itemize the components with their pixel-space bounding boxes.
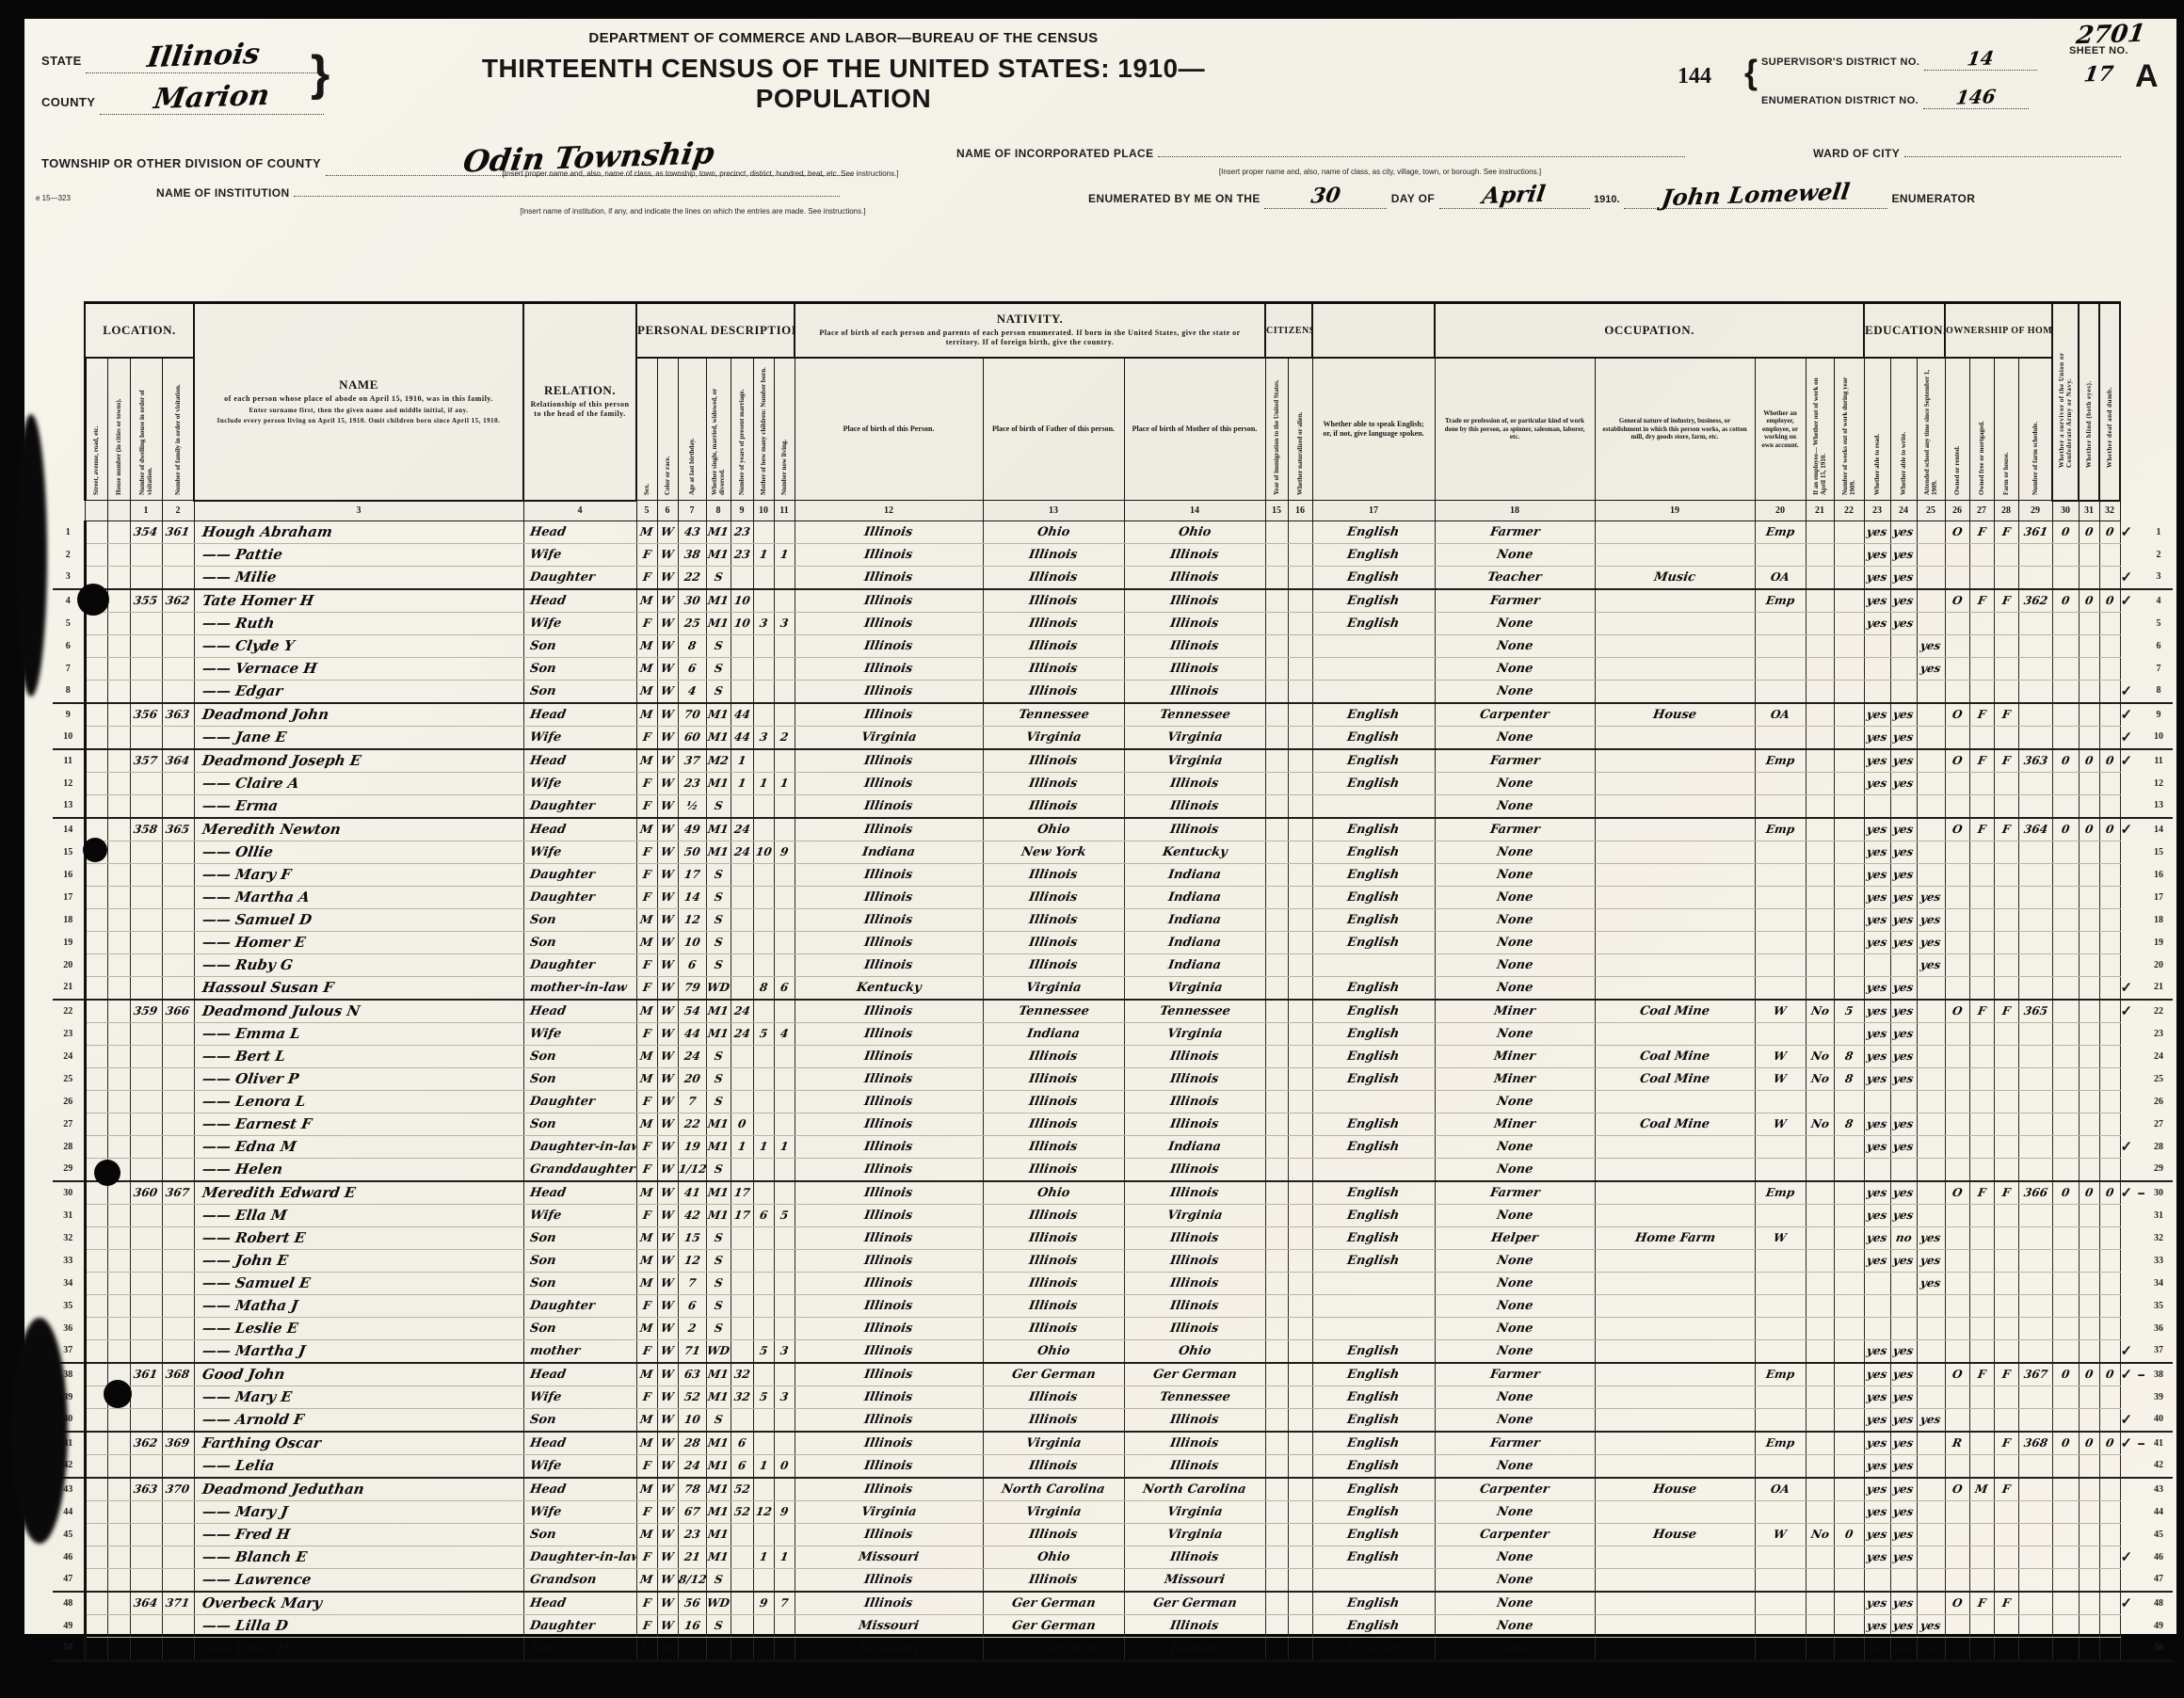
cell-own bbox=[1945, 794, 1969, 818]
ward-label: Ward of city bbox=[1813, 147, 1900, 160]
line-number: 32 bbox=[53, 1226, 85, 1249]
cell-imm bbox=[1265, 521, 1288, 543]
cell-cb: 5 bbox=[753, 1022, 774, 1045]
enumerated-year: 1910. bbox=[1594, 194, 1620, 205]
cell-sur bbox=[2052, 566, 2079, 589]
cell-imm bbox=[1265, 1592, 1288, 1615]
cell-dw bbox=[130, 1135, 162, 1158]
cell-fm bbox=[1969, 1294, 1994, 1317]
cell-yrs bbox=[731, 1568, 753, 1592]
cell-fam bbox=[162, 953, 194, 976]
cell-fam bbox=[162, 1339, 194, 1363]
cell-race: W bbox=[657, 818, 678, 841]
cell-imm bbox=[1265, 1294, 1288, 1317]
cell-sch bbox=[1917, 1090, 1945, 1113]
cell-wr: yes bbox=[1890, 1067, 1917, 1090]
cell-fm bbox=[1969, 772, 1994, 794]
cell-pf: Ohio bbox=[983, 1546, 1124, 1568]
cell-dw bbox=[130, 1022, 162, 1045]
cell-sex: F bbox=[636, 1135, 657, 1158]
cell-bl bbox=[2079, 1135, 2099, 1158]
line-number-right: 25 bbox=[2144, 1067, 2173, 1090]
cell-ind bbox=[1595, 841, 1755, 863]
cell-pf: Illinois bbox=[983, 1158, 1124, 1181]
cell-cl bbox=[774, 566, 795, 589]
cell-rel: Son bbox=[523, 931, 636, 953]
cell-age: 12 bbox=[678, 1637, 706, 1660]
cell-wk bbox=[1834, 1317, 1864, 1339]
cell-df: 0 bbox=[2099, 1432, 2120, 1455]
cell-eng: English bbox=[1312, 863, 1435, 886]
cell-wr: yes bbox=[1890, 566, 1917, 589]
cell-eng bbox=[1312, 1158, 1435, 1181]
cell-wk bbox=[1834, 1272, 1864, 1294]
cell-sex: M bbox=[636, 1113, 657, 1135]
cell-wr: yes bbox=[1890, 908, 1917, 931]
cell-rd bbox=[1864, 794, 1890, 818]
cell-age: 23 bbox=[678, 1523, 706, 1546]
cell-imm bbox=[1265, 1454, 1288, 1478]
cell-cb bbox=[753, 1363, 774, 1386]
cell-trade: None bbox=[1435, 1568, 1595, 1592]
cell-mg bbox=[2120, 1294, 2144, 1317]
cell-ow bbox=[1806, 1592, 1834, 1615]
table-body: 1354361Hough AbrahamHeadMW43M123Illinois… bbox=[53, 521, 2173, 1660]
cell-fh bbox=[1994, 1317, 2018, 1339]
cell-df bbox=[2099, 1226, 2120, 1249]
cell-pm: Illinois bbox=[1124, 657, 1265, 680]
cell-wr bbox=[1890, 680, 1917, 703]
cell-trade: None bbox=[1435, 1317, 1595, 1339]
cell-name: —— Earnest F bbox=[194, 1113, 523, 1135]
cell-mar: S bbox=[706, 1226, 731, 1249]
cell-sur bbox=[2052, 794, 2079, 818]
cell-rel: Wife bbox=[523, 772, 636, 794]
cell-cb bbox=[753, 818, 774, 841]
cell-trade: None bbox=[1435, 1592, 1595, 1615]
cell-cb: 8 bbox=[753, 976, 774, 1000]
cell-fm: F bbox=[1969, 1592, 1994, 1615]
cell-pf: Virginia bbox=[983, 726, 1124, 749]
cell-age: 17 bbox=[678, 863, 706, 886]
cell-race: W bbox=[657, 1113, 678, 1135]
table-row: 43363370Deadmond JeduthanHeadMW78M152Ill… bbox=[53, 1478, 2173, 1501]
cell-sch bbox=[1917, 1500, 1945, 1523]
cell-race: W bbox=[657, 976, 678, 1000]
cell-cb bbox=[753, 680, 774, 703]
cell-rd: yes bbox=[1864, 1454, 1890, 1478]
cell-sch bbox=[1917, 612, 1945, 634]
cell-sur bbox=[2052, 1408, 2079, 1432]
cell-rel: Head bbox=[523, 1000, 636, 1023]
cell-wr bbox=[1890, 657, 1917, 680]
cell-pf: Illinois bbox=[983, 908, 1124, 931]
cell-wk bbox=[1834, 976, 1864, 1000]
cell-own: O bbox=[1945, 1592, 1969, 1615]
cell-sch bbox=[1917, 1454, 1945, 1478]
cell-trade: None bbox=[1435, 1272, 1595, 1294]
cell-fam bbox=[162, 794, 194, 818]
cell-cb bbox=[753, 886, 774, 908]
cell-sur bbox=[2052, 1637, 2079, 1660]
cell-pb: Illinois bbox=[795, 908, 983, 931]
cell-trade: None bbox=[1435, 1408, 1595, 1432]
cell-own bbox=[1945, 1386, 1969, 1408]
cell-fno bbox=[2018, 1317, 2052, 1339]
cell-fh: F bbox=[1994, 1478, 2018, 1501]
cell-eng: English bbox=[1312, 1478, 1435, 1501]
cell-rel: Son bbox=[523, 1113, 636, 1135]
cell-wk bbox=[1834, 612, 1864, 634]
cell-name: —— Oliver P bbox=[194, 1067, 523, 1090]
cell-imm bbox=[1265, 657, 1288, 680]
cell-fm bbox=[1969, 863, 1994, 886]
cell-rd: yes bbox=[1864, 1614, 1890, 1637]
column-number: 16 bbox=[1288, 501, 1312, 521]
census-table: LOCATION. NAME of each person whose plac… bbox=[53, 301, 2173, 1662]
line-number: 28 bbox=[53, 1135, 85, 1158]
cell-street bbox=[85, 521, 107, 543]
line-number-right: 42 bbox=[2144, 1454, 2173, 1478]
cell-fam bbox=[162, 863, 194, 886]
cell-fh bbox=[1994, 1204, 2018, 1226]
cell-rd: yes bbox=[1864, 931, 1890, 953]
cell-pb: Indiana bbox=[795, 841, 983, 863]
cell-house bbox=[107, 1045, 130, 1067]
cell-pm: Virginia bbox=[1124, 726, 1265, 749]
cell-imm bbox=[1265, 953, 1288, 976]
cell-dw: 355 bbox=[130, 589, 162, 613]
cell-fno bbox=[2018, 1386, 2052, 1408]
cell-cl: 1 bbox=[774, 543, 795, 566]
cell-pf: Illinois bbox=[983, 1045, 1124, 1067]
cell-sex: M bbox=[636, 1249, 657, 1272]
cell-house bbox=[107, 1067, 130, 1090]
cell-pf: Ohio bbox=[983, 1181, 1124, 1205]
col-family-number: Number of family in order of visitation. bbox=[162, 358, 194, 501]
cell-fam bbox=[162, 908, 194, 931]
cell-rel: mother bbox=[523, 1339, 636, 1363]
cell-pm: Illinois bbox=[1124, 612, 1265, 634]
cell-fm bbox=[1969, 1204, 1994, 1226]
line-number-right: 24 bbox=[2144, 1045, 2173, 1067]
cell-dw bbox=[130, 1637, 162, 1660]
cell-fh bbox=[1994, 1568, 2018, 1592]
column-number: 21 bbox=[1806, 501, 1834, 521]
cell-bl: 0 bbox=[2079, 521, 2099, 543]
cell-dw bbox=[130, 1045, 162, 1067]
cell-ow bbox=[1806, 657, 1834, 680]
cell-sex: M bbox=[636, 634, 657, 657]
col-write: Whether able to write. bbox=[1890, 358, 1917, 501]
punch-hole bbox=[104, 1380, 132, 1408]
cell-cl: 7 bbox=[774, 1592, 795, 1615]
cell-dw bbox=[130, 1204, 162, 1226]
cell-cb bbox=[753, 1408, 774, 1432]
cell-fm: F bbox=[1969, 749, 1994, 773]
cell-cl bbox=[774, 794, 795, 818]
cell-eng: English bbox=[1312, 1500, 1435, 1523]
cell-bl: 0 bbox=[2079, 1181, 2099, 1205]
cell-ind bbox=[1595, 1637, 1755, 1660]
cell-house bbox=[107, 521, 130, 543]
cell-emp: Emp bbox=[1755, 749, 1806, 773]
page-title: THIRTEENTH CENSUS OF THE UNITED STATES: … bbox=[420, 54, 1267, 114]
cell-rd: yes bbox=[1864, 1067, 1890, 1090]
cell-nat bbox=[1288, 1478, 1312, 1501]
cell-emp bbox=[1755, 931, 1806, 953]
cell-pf: Illinois bbox=[983, 794, 1124, 818]
cell-rd: yes bbox=[1864, 1022, 1890, 1045]
column-number: 20 bbox=[1755, 501, 1806, 521]
cell-fm: F bbox=[1969, 589, 1994, 613]
cell-nat bbox=[1288, 953, 1312, 976]
cell-wr: yes bbox=[1890, 931, 1917, 953]
cell-df bbox=[2099, 1454, 2120, 1478]
cell-dw bbox=[130, 543, 162, 566]
cell-wk bbox=[1834, 1432, 1864, 1455]
cell-trade: Miner bbox=[1435, 1067, 1595, 1090]
cell-house bbox=[107, 1000, 130, 1023]
cell-fno bbox=[2018, 612, 2052, 634]
cell-sex: M bbox=[636, 1637, 657, 1660]
cell-house bbox=[107, 543, 130, 566]
enumeration-district-value: 146 bbox=[1954, 85, 1997, 108]
cell-trade: Farmer bbox=[1435, 818, 1595, 841]
cell-pf: Illinois bbox=[983, 749, 1124, 773]
cell-pf: Illinois bbox=[983, 1090, 1124, 1113]
cell-bl bbox=[2079, 566, 2099, 589]
cell-fno bbox=[2018, 908, 2052, 931]
cell-mar: S bbox=[706, 680, 731, 703]
cell-age: 8/12 bbox=[678, 1568, 706, 1592]
cell-pb: Missouri bbox=[795, 1614, 983, 1637]
cell-trade: Farmer bbox=[1435, 1181, 1595, 1205]
cell-fno bbox=[2018, 1500, 2052, 1523]
cell-dw bbox=[130, 1226, 162, 1249]
cell-pf: Illinois bbox=[983, 657, 1124, 680]
cell-bl bbox=[2079, 1272, 2099, 1294]
cell-fm: M bbox=[1969, 1478, 1994, 1501]
cell-wr: yes bbox=[1890, 886, 1917, 908]
cell-sex: M bbox=[636, 1000, 657, 1023]
cell-ow bbox=[1806, 818, 1834, 841]
cell-sex: F bbox=[636, 1614, 657, 1637]
cell-name: Meredith Newton bbox=[194, 818, 523, 841]
column-number: 31 bbox=[2079, 501, 2099, 521]
cell-fno bbox=[2018, 1204, 2052, 1226]
cell-cl bbox=[774, 1363, 795, 1386]
cell-fam bbox=[162, 1067, 194, 1090]
cell-ind bbox=[1595, 521, 1755, 543]
cell-imm bbox=[1265, 1022, 1288, 1045]
cell-rd bbox=[1864, 953, 1890, 976]
group-relation: RELATION. Relationship of this person to… bbox=[523, 303, 636, 501]
column-number: 30 bbox=[2052, 501, 2079, 521]
cell-fam bbox=[162, 657, 194, 680]
cell-sur bbox=[2052, 1249, 2079, 1272]
cell-mg bbox=[2120, 634, 2144, 657]
cell-sex: F bbox=[636, 566, 657, 589]
cell-fm bbox=[1969, 908, 1994, 931]
cell-race: W bbox=[657, 1000, 678, 1023]
cell-cl bbox=[774, 1637, 795, 1660]
cell-race: W bbox=[657, 1090, 678, 1113]
cell-trade: Teacher bbox=[1435, 566, 1595, 589]
cell-pf: Illinois bbox=[983, 1317, 1124, 1339]
cell-pm: Illinois bbox=[1124, 566, 1265, 589]
cell-ow bbox=[1806, 1454, 1834, 1478]
cell-wk: 5 bbox=[1834, 1000, 1864, 1023]
cell-mar: S bbox=[706, 1317, 731, 1339]
cell-eng: English bbox=[1312, 1135, 1435, 1158]
cell-pm: Virginia bbox=[1124, 1500, 1265, 1523]
cell-fm bbox=[1969, 1454, 1994, 1478]
cell-trade: None bbox=[1435, 863, 1595, 886]
cell-ind bbox=[1595, 657, 1755, 680]
cell-own bbox=[1945, 1022, 1969, 1045]
line-number: 7 bbox=[53, 657, 85, 680]
line-number: 14 bbox=[53, 818, 85, 841]
cell-imm bbox=[1265, 1158, 1288, 1181]
cell-trade: None bbox=[1435, 1135, 1595, 1158]
cell-rd bbox=[1864, 680, 1890, 703]
cell-fno bbox=[2018, 634, 2052, 657]
cell-sur bbox=[2052, 1158, 2079, 1181]
cell-trade: None bbox=[1435, 657, 1595, 680]
cell-wr: yes bbox=[1890, 1181, 1917, 1205]
cell-pm: Illinois bbox=[1124, 1272, 1265, 1294]
cell-fh bbox=[1994, 1454, 2018, 1478]
cell-fam bbox=[162, 772, 194, 794]
cell-mar: M1 bbox=[706, 1181, 731, 1205]
cell-rel: Son bbox=[523, 908, 636, 931]
cell-cl bbox=[774, 1000, 795, 1023]
cell-fno bbox=[2018, 953, 2052, 976]
cell-mar: S bbox=[706, 657, 731, 680]
line-number-right: 15 bbox=[2144, 841, 2173, 863]
cell-sch: yes bbox=[1917, 1249, 1945, 1272]
cell-pm: Illinois bbox=[1124, 1113, 1265, 1135]
cell-trade: None bbox=[1435, 931, 1595, 953]
cell-wk bbox=[1834, 1637, 1864, 1660]
cell-pf: Illinois bbox=[983, 589, 1124, 613]
cell-ow bbox=[1806, 931, 1834, 953]
cell-cl bbox=[774, 1090, 795, 1113]
cell-trade: None bbox=[1435, 1500, 1595, 1523]
cell-age: 4 bbox=[678, 680, 706, 703]
cell-pm: Illinois bbox=[1124, 1637, 1265, 1660]
col-street: Street, avenue, road, etc. bbox=[85, 358, 107, 501]
line-number-right: 3 bbox=[2144, 566, 2173, 589]
cell-fam bbox=[162, 1568, 194, 1592]
cell-emp: W bbox=[1755, 1113, 1806, 1135]
cell-fno: 361 bbox=[2018, 521, 2052, 543]
cell-nat bbox=[1288, 1614, 1312, 1637]
cell-yrs bbox=[731, 1067, 753, 1090]
cell-rel: Head bbox=[523, 1592, 636, 1615]
cell-own: O bbox=[1945, 1181, 1969, 1205]
cell-dw bbox=[130, 634, 162, 657]
cell-bl bbox=[2079, 634, 2099, 657]
cell-race: W bbox=[657, 521, 678, 543]
col-read: Whether able to read. bbox=[1864, 358, 1890, 501]
cell-cb bbox=[753, 1523, 774, 1546]
cell-fam bbox=[162, 1022, 194, 1045]
table-row: 37—— Martha JmotherFW71WD53IllinoisOhioO… bbox=[53, 1339, 2173, 1363]
cell-mg: ✓ bbox=[2120, 680, 2144, 703]
line-number-right: 32 bbox=[2144, 1226, 2173, 1249]
cell-cb bbox=[753, 1000, 774, 1023]
cell-fh bbox=[1994, 1523, 2018, 1546]
cell-house bbox=[107, 657, 130, 680]
cell-ind bbox=[1595, 726, 1755, 749]
cell-pf: Illinois bbox=[983, 1386, 1124, 1408]
cell-ind bbox=[1595, 931, 1755, 953]
cell-eng: English bbox=[1312, 1204, 1435, 1226]
ward-field: Ward of city bbox=[1813, 145, 2121, 162]
cell-pf: Illinois bbox=[983, 543, 1124, 566]
line-number-right: 44 bbox=[2144, 1500, 2173, 1523]
cell-dw: 364 bbox=[130, 1592, 162, 1615]
cell-nat bbox=[1288, 612, 1312, 634]
cell-wr: yes bbox=[1890, 772, 1917, 794]
cell-nat bbox=[1288, 818, 1312, 841]
cell-street bbox=[85, 726, 107, 749]
cell-imm bbox=[1265, 589, 1288, 613]
cell-df bbox=[2099, 953, 2120, 976]
cell-fm: F bbox=[1969, 1363, 1994, 1386]
line-number: 24 bbox=[53, 1045, 85, 1067]
cell-rd: yes bbox=[1864, 1363, 1890, 1386]
cell-mar: S bbox=[706, 863, 731, 886]
cell-emp: Emp bbox=[1755, 589, 1806, 613]
cell-pm: Indiana bbox=[1124, 908, 1265, 931]
cell-nat bbox=[1288, 908, 1312, 931]
cell-fm bbox=[1969, 1339, 1994, 1363]
cell-fm bbox=[1969, 1546, 1994, 1568]
cell-race: W bbox=[657, 1317, 678, 1339]
cell-race: W bbox=[657, 566, 678, 589]
cell-ind bbox=[1595, 908, 1755, 931]
cell-own bbox=[1945, 1500, 1969, 1523]
line-number-right: 21 bbox=[2144, 976, 2173, 1000]
cell-name: Good John bbox=[194, 1363, 523, 1386]
column-number: 9 bbox=[731, 501, 753, 521]
cell-mg bbox=[2120, 1637, 2144, 1660]
county-value: Marion bbox=[152, 79, 271, 116]
cell-race: W bbox=[657, 1363, 678, 1386]
cell-bl bbox=[2079, 1500, 2099, 1523]
cell-street bbox=[85, 1592, 107, 1615]
cell-df bbox=[2099, 1045, 2120, 1067]
cell-fam: 370 bbox=[162, 1478, 194, 1501]
table-row: 16—— Mary FDaughterFW17SIllinoisIllinois… bbox=[53, 863, 2173, 886]
cell-sur bbox=[2052, 953, 2079, 976]
cell-ind bbox=[1595, 1386, 1755, 1408]
cell-pf: Illinois bbox=[983, 1249, 1124, 1272]
cell-sch bbox=[1917, 543, 1945, 566]
cell-ow bbox=[1806, 841, 1834, 863]
cell-ind bbox=[1595, 1339, 1755, 1363]
cell-wk bbox=[1834, 1135, 1864, 1158]
table-row: 6—— Clyde YSonMW8SIllinoisIllinoisIllino… bbox=[53, 634, 2173, 657]
cell-pm: Virginia bbox=[1124, 1204, 1265, 1226]
cell-imm bbox=[1265, 818, 1288, 841]
table-row: 42—— LeliaWifeFW24M1610IllinoisIllinoisI… bbox=[53, 1454, 2173, 1478]
cell-street bbox=[85, 634, 107, 657]
cell-name: —— Pattie bbox=[194, 543, 523, 566]
